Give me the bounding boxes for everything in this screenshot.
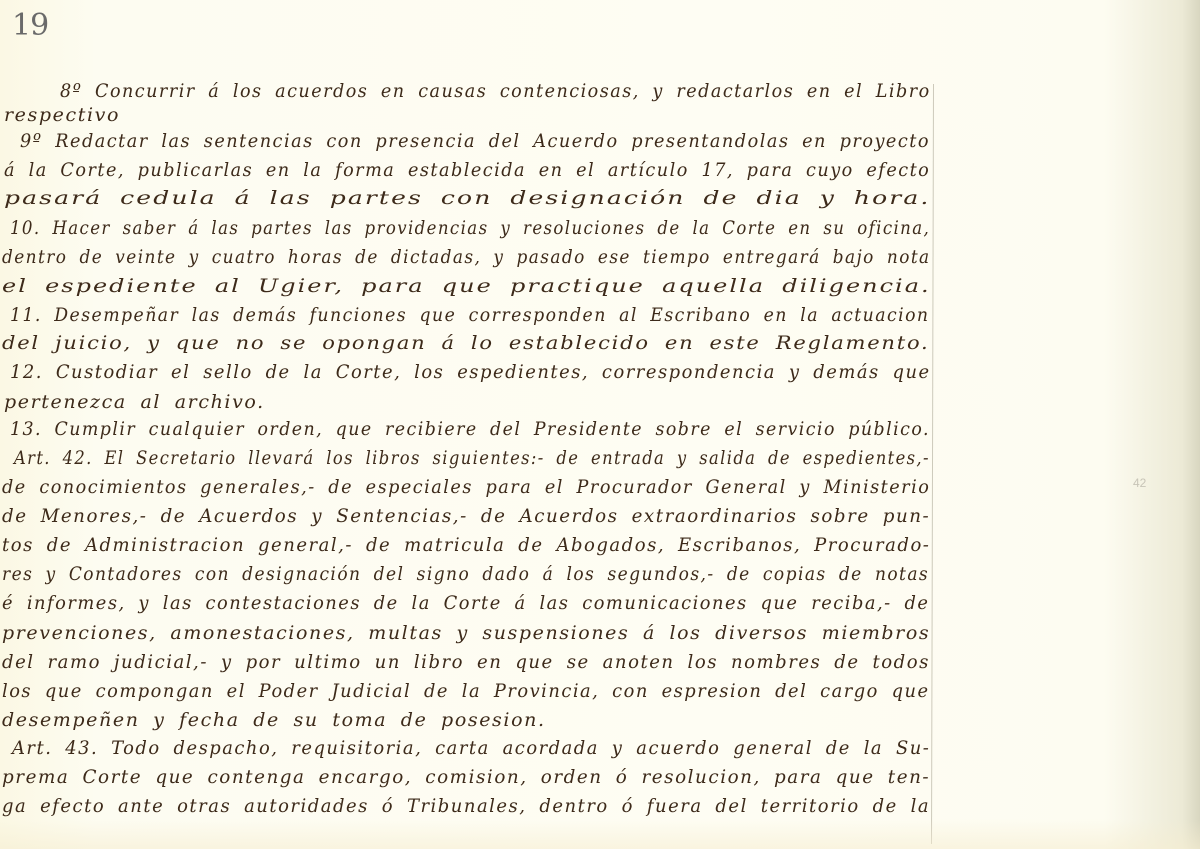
text-line: 12. Custodiar el sello de la Corte, los … bbox=[10, 361, 931, 383]
margin-rule bbox=[931, 84, 934, 844]
text-line: de conocimientos generales,- de especial… bbox=[2, 476, 930, 498]
text-line: 8º Concurrir á los acuerdos en causas co… bbox=[60, 80, 931, 102]
text-line: el espediente al Ugier, para que practiq… bbox=[2, 275, 931, 297]
text-line: dentro de veinte y cuatro horas de dicta… bbox=[2, 246, 931, 268]
text-line: 9º Redactar las sentencias con presencia… bbox=[20, 130, 930, 152]
text-line: pasará cedula á las partes con designaci… bbox=[4, 187, 930, 209]
text-line: prevenciones, amonestaciones, multas y s… bbox=[2, 622, 930, 644]
text-line: é informes, y las contestaciones de la C… bbox=[2, 592, 929, 614]
text-line: pertenezca al archivo. bbox=[4, 391, 265, 413]
text-line: Art. 42. El Secretario llevará los libro… bbox=[14, 447, 930, 469]
text-line: respectivo bbox=[4, 104, 120, 126]
text-line: los que compongan el Poder Judicial de l… bbox=[2, 680, 930, 702]
text-line: prema Corte que contenga encargo, comisi… bbox=[2, 766, 930, 788]
text-line: res y Contadores con designación del sig… bbox=[2, 563, 929, 585]
text-line: desempeñen y fecha de su toma de posesio… bbox=[2, 709, 546, 731]
text-line: del ramo judicial,- y por ultimo un libr… bbox=[2, 651, 930, 673]
text-line: de Menores,- de Acuerdos y Sentencias,- … bbox=[2, 505, 930, 527]
text-line: tos de Administracion general,- de matri… bbox=[2, 534, 930, 556]
text-line: 10. Hacer saber á las partes las provide… bbox=[10, 217, 930, 239]
manuscript-page: 19 42 8º Concurrir á los acuerdos en cau… bbox=[0, 0, 1200, 849]
text-line: ga efecto ante otras autoridades ó Tribu… bbox=[2, 795, 930, 817]
margin-pencil-note: 42 bbox=[1133, 476, 1146, 490]
text-line: 13. Cumplir cualquier orden, que recibie… bbox=[10, 418, 930, 440]
page-number: 19 bbox=[12, 8, 48, 43]
text-line: Art. 43. Todo despacho, requisitoria, ca… bbox=[12, 737, 930, 759]
text-line: del juicio, y que no se opongan á lo est… bbox=[2, 332, 929, 354]
text-line: 11. Desempeñar las demás funciones que c… bbox=[10, 304, 929, 326]
text-line: á la Corte, publicarlas en la forma esta… bbox=[4, 159, 930, 181]
